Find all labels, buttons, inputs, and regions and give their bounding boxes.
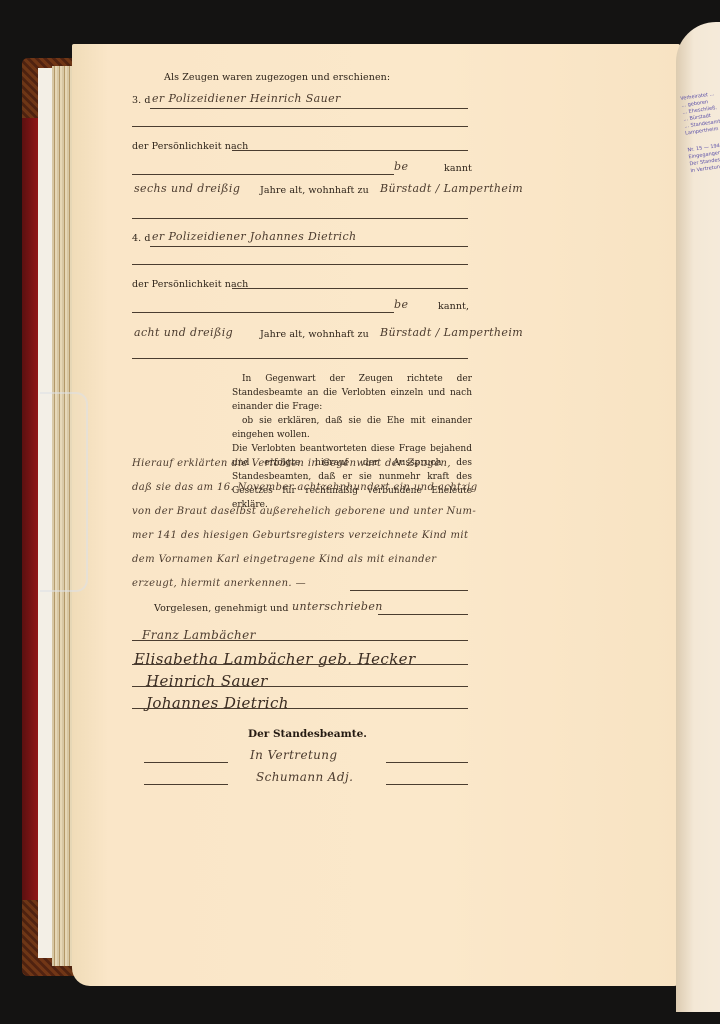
line xyxy=(132,358,468,359)
official-title: Der Standesbeamte. xyxy=(248,728,367,740)
line xyxy=(132,218,468,219)
line xyxy=(232,150,468,151)
witness-3-identity-label: der Persönlichkeit nach xyxy=(132,141,248,152)
line xyxy=(144,762,228,763)
official-line-2: Schumann Adj. xyxy=(256,770,353,784)
line xyxy=(132,312,394,313)
signature-2: Elisabetha Lambächer geb. Hecker xyxy=(134,650,416,668)
line xyxy=(150,246,468,247)
approval-label: Vorgelesen, genehmigt und xyxy=(154,603,289,614)
witness-3-name: er Polizeidiener Heinrich Sauer xyxy=(152,92,341,105)
approval-hand: unterschrieben xyxy=(292,600,383,613)
line xyxy=(132,264,468,265)
line xyxy=(132,686,468,687)
signature-4: Johannes Dietrich xyxy=(146,694,289,712)
official-line-1: In Vertretung xyxy=(250,748,338,762)
witnesses-intro: Als Zeugen waren zugezogen und erschiene… xyxy=(164,72,390,83)
line xyxy=(350,590,468,591)
witness-3-age: sechs und dreißig xyxy=(134,182,240,195)
witness-4-known-label: kannt, xyxy=(438,301,469,312)
line xyxy=(132,126,468,127)
witness-3-residence: Bürstadt / Lampertheim xyxy=(380,182,523,195)
witness-4-known-hand: be xyxy=(394,298,408,311)
line xyxy=(378,614,468,615)
line xyxy=(132,640,468,641)
witness-4-identity-label: der Persönlichkeit nach xyxy=(132,279,248,290)
witness-3-age-label: Jahre alt, wohnhaft zu xyxy=(260,185,369,196)
witness-4-residence: Bürstadt / Lampertheim xyxy=(380,326,523,339)
line xyxy=(386,784,468,785)
witness-4-name: er Polizeidiener Johannes Dietrich xyxy=(152,230,357,243)
witness-4-age-label: Jahre alt, wohnhaft zu xyxy=(260,329,369,340)
witness-3-known-label: kannt xyxy=(444,163,472,174)
witness-4-number: 4. d xyxy=(132,233,151,244)
witness-3-known-hand: be xyxy=(394,160,408,173)
line xyxy=(386,762,468,763)
witness-4-age: acht und dreißig xyxy=(134,326,233,339)
line xyxy=(132,664,468,665)
line xyxy=(150,108,468,109)
witness-3-number: 3. d xyxy=(132,95,151,106)
line xyxy=(232,288,468,289)
line xyxy=(132,174,394,175)
page-clip xyxy=(40,392,88,592)
signature-3: Heinrich Sauer xyxy=(146,672,268,690)
line xyxy=(132,708,468,709)
line xyxy=(144,784,228,785)
